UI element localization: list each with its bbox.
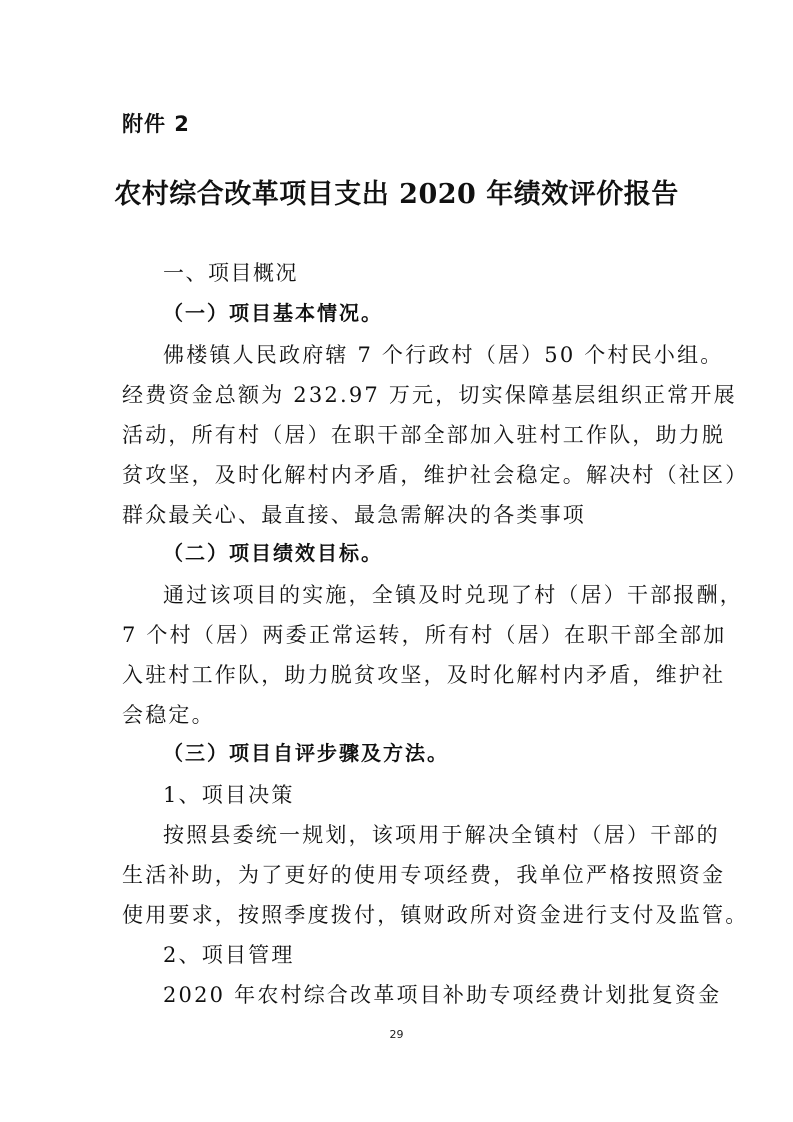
- paragraph-line: 入驻村工作队，助力脱贫攻坚，及时化解村内矛盾，维护社: [122, 661, 725, 689]
- paragraph-line: 佛楼镇人民政府辖 7 个行政村（居）50 个村民小组。: [163, 341, 724, 369]
- paragraph-line: 会稳定。: [122, 701, 215, 729]
- item-heading-project-decision: 1、项目决策: [163, 781, 295, 809]
- paragraph-line: 生活补助，为了更好的使用专项经费，我单位严格按照资金: [122, 861, 725, 889]
- paragraph-line: 使用要求，按照季度拨付，镇财政所对资金进行支付及监管。: [122, 901, 748, 929]
- subsection-heading-basic-info: （一）项目基本情况。: [163, 299, 383, 327]
- subsection-heading-self-evaluation: （三）项目自评步骤及方法。: [163, 739, 449, 767]
- section-heading-overview: 一、项目概况: [163, 259, 298, 287]
- paragraph-line: 经费资金总额为 232.97 万元，切实保障基层组织正常开展: [122, 381, 737, 409]
- paragraph-line: 活动，所有村（居）在职干部全部加入驻村工作队，助力脱: [122, 421, 725, 449]
- paragraph-line: 按照县委统一规划，该项用于解决全镇村（居）干部的: [163, 821, 720, 849]
- item-heading-project-management: 2、项目管理: [163, 941, 295, 969]
- attachment-label: 附件 2: [122, 110, 190, 138]
- paragraph-line: 群众最关心、最直接、最急需解决的各类事项: [122, 501, 586, 529]
- document-page: 附件 2 农村综合改革项目支出 2020 年绩效评价报告 一、项目概况 （一）项…: [0, 0, 793, 1122]
- document-title: 农村综合改革项目支出 2020 年绩效评价报告: [0, 178, 793, 212]
- paragraph-line: 7 个村（居）两委正常运转，所有村（居）在职干部全部加: [122, 621, 726, 649]
- paragraph-line: 通过该项目的实施，全镇及时兑现了村（居）干部报酬，: [163, 581, 743, 609]
- paragraph-line: 2020 年农村综合改革项目补助专项经费计划批复资金: [163, 981, 721, 1009]
- paragraph-line: 贫攻坚，及时化解村内矛盾，维护社会稳定。解决村（社区）: [122, 461, 748, 489]
- page-number: 29: [0, 1028, 793, 1041]
- subsection-heading-performance-goals: （二）项目绩效目标。: [163, 539, 383, 567]
